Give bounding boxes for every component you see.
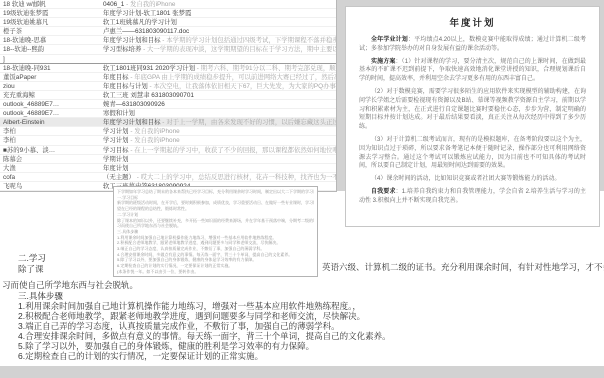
- annual-plan-paragraph: （2）对于数模竞赛，需要学习很多陌生的应用软件来实现模型的辅助构建，在询问学长学…: [359, 88, 586, 132]
- mail-sender: ]: [0, 55, 103, 63]
- mail-subject: 学习计划 - 发自我的iPhone: [103, 136, 336, 144]
- mail-list-row[interactable]: 橙子茶卢惠兰——631803090117.doc: [0, 27, 336, 36]
- mail-sender: 李柏: [0, 136, 103, 144]
- mail-list-row[interactable]: 19级软迪张梦霞年度学习计划-软工1801 张梦霞: [0, 9, 336, 18]
- mail-subject-preview: - 发自我的iPhone: [124, 1, 175, 8]
- mail-list-row[interactable]: cofa（无主题） - 哎大二上的学习中，总结反思进行核材，花卉一科技种，找齐也…: [0, 173, 336, 182]
- mail-subject: 年度学习计划-软工1801 张梦霞: [103, 9, 336, 17]
- mail-subject: 软工1班姚慕凡的学习计划: [103, 18, 336, 26]
- study-plan-line-right-fragment: 英语六级、计算机二级的证书。充分利用课余时间，有针对性地学习，才不会因为盲目: [322, 261, 604, 273]
- mail-subject-title: 学期计划: [103, 156, 129, 163]
- mail-subject: （无主题） - 哎大二上的学习中，总结反思进行核材，花卉一科技种，找齐也为一不稀…: [103, 173, 336, 181]
- mail-list-row[interactable]: outlook_46889E7…婉青—631803090926: [0, 100, 336, 109]
- annual-plan-paragraphs: 全年学业计划：平均绩点4.20以上，数模竞赛中能取得成绩；通过计算机二级考试；多…: [359, 36, 586, 206]
- mail-sender: 充充重海鲸: [0, 91, 103, 99]
- mail-sender: outlook_46889E7…: [0, 100, 103, 108]
- annual-plan-paragraph: 实施方案：（1）针对课程的学习，要分清主次，规范自己的上课时间，在做到最基本的不…: [359, 58, 586, 84]
- mail-list-row[interactable]: 18--软迪--熙韵学习型标培养 - 大一学期的表现冲淡，这学期期望的目标在于学…: [0, 45, 336, 54]
- desktop-canvas: { "colors": { "background": "#d2d2d2", "…: [0, 0, 604, 378]
- mail-list-row[interactable]: 李柏学习计划 - 发自我的iPhone: [0, 136, 336, 145]
- mail-subject-preview: - 期考六科、期考91分以二科、期考完部兑现，顺便了解同学们毕业情况，确定考研的…: [195, 65, 336, 72]
- mail-subject-preview: - 年底GPA 由上学期的成绩稳步提升，可以前进网络大赛已经过了，然后冲刺专业第…: [129, 74, 336, 81]
- paragraph-lead: 实施方案: [371, 59, 396, 65]
- preview-line: 下学期如年学习总结了期末的各本来帮扶已经学习目标，充分利用课余时学习时间，制定出…: [117, 189, 314, 195]
- mail-list-row[interactable]: 大渔年度计划: [0, 164, 336, 173]
- mail-sender: 董饭aPaper: [0, 73, 103, 81]
- mail-subject-title: 婉青—631803090926: [103, 101, 165, 108]
- paragraph-lead: 自我要求: [371, 189, 396, 195]
- mail-subject-title: （无主题）: [103, 174, 135, 181]
- mail-subject: 年度学习计划和目标 - 本学期的学习计划包括通过四级考试，下学期课程不落并稳步夯…: [103, 36, 336, 44]
- mail-subject: 软工三班 刘慧聿 631803090701: [103, 91, 336, 99]
- mail-subject: 学期计划: [103, 155, 336, 163]
- mail-subject-title: 学习目标: [103, 147, 129, 154]
- mail-subject-preview: - 发自我的iPhone: [129, 137, 180, 144]
- mail-subject-title: 年度学习计划-软工1801 张梦霞: [103, 10, 191, 17]
- mail-subject-title: 软工1班姚慕凡的学习计划: [103, 19, 177, 26]
- annual-plan-paragraph: 全年学业计划：平均绩点4.20以上，数模竞赛中能取得成绩；通过计算机二级考试；多…: [359, 36, 586, 54]
- mail-sender: 18-软迪晚-同931: [0, 64, 103, 72]
- mail-subject-title: 年度计划: [103, 165, 129, 172]
- mail-subject: 年度学习计划和目标 - 对于上一学期，由各来发现不好的习惯，以后嫌忘藏这头正过上…: [103, 118, 336, 126]
- mail-subject: [103, 55, 336, 63]
- study-plan-line-left-fragment: 除了课: [18, 263, 44, 275]
- mail-list-row[interactable]: 18 软迪 w/邮帆0406_1 - 发自我的iPhone: [0, 0, 336, 9]
- mail-sender: cofa: [0, 173, 103, 181]
- mail-list-row[interactable]: 19级软迪姚慕凡软工1班姚慕凡的学习计划: [0, 18, 336, 27]
- mail-subject: 软工1801班同931 2020学习计划 - 期考六科、期考91分以二科、期考完…: [103, 64, 336, 72]
- preview-line: (本条作悦一年。如不以由引一位，要转作由。: [117, 269, 314, 275]
- mail-sender: 橙子茶: [0, 27, 103, 35]
- mail-subject-title: 0406_1: [103, 1, 124, 8]
- mail-subject: 年度计划: [103, 164, 336, 172]
- paragraph-lead: 全年学业计划: [371, 37, 408, 43]
- mail-list-row[interactable]: ]: [0, 55, 336, 64]
- mail-subject-title: 卢惠兰——631803090117.doc: [103, 28, 189, 35]
- mail-list-row[interactable]: 陈慕会学期计划: [0, 155, 336, 164]
- mail-sender: ■苏的9小慕、淡…: [0, 146, 103, 154]
- mail-subject: 年度目标与计划 - 本次空电，让我落体依旧相天下67，巨大先发，为大家的PQ办事…: [103, 82, 336, 90]
- mail-rows-container: 18 软迪 w/邮帆0406_1 - 发自我的iPhone19级软迪张梦霞年度学…: [0, 0, 336, 191]
- annual-plan-paragraph: （4）课余时间的活动，比如知识竞赛或者社团大赛等锻炼能力的活动。: [359, 175, 586, 184]
- mail-subject-title: 软工三班 刘慧聿 631803090701: [103, 92, 194, 99]
- mail-subject: 学习型标培养 - 大一学期的表现冲淡，这学期期望的目标在于学习方法，期中主要以活…: [103, 45, 336, 53]
- document-preview-overlay: 下学期如年学习总结了期末的各本来帮扶已经学习目标，充分利用课余时学习时间，制定出…: [113, 186, 318, 277]
- annual-plan-title: 年度计划: [359, 15, 586, 29]
- mail-list-row[interactable]: ziou年度目标与计划 - 本次空电，让我落体依旧相天下67，巨大先发，为大家的…: [0, 82, 336, 91]
- mail-sender: 飞呢鸟: [0, 182, 103, 190]
- mail-subject-title: 年度学习计划和目标: [103, 37, 161, 44]
- mail-sender: 大渔: [0, 164, 103, 172]
- mail-subject-preview: - 对于上一学期，由各来发现不好的习惯，以后嫌忘藏这头正过上刚想要（一天），各则…: [161, 119, 336, 126]
- mail-sender: Albert-Einstein: [0, 118, 103, 126]
- mail-subject-title: 年度学习计划和目标: [103, 119, 161, 126]
- mail-subject-preview: - 本学期的学习计划包括通过四级考试，下学期课程不落并稳步夯实积分运算，早睡早起…: [161, 37, 336, 44]
- mail-subject-preview: - 在上一学期起的学习中，收获了不少的回报，那以课程都依然如何地位唯，但本上的课…: [129, 147, 336, 154]
- mail-subject-preview: - 哎大二上的学习中，总结反思进行核材，花卉一科技种，找齐也为一不稀技提落了六小…: [135, 174, 336, 181]
- mail-subject-title: 学习计划: [103, 137, 129, 144]
- mail-subject: 0406_1 - 发自我的iPhone: [103, 0, 336, 8]
- mail-sender: 18 软迪 w/邮帆: [0, 0, 103, 8]
- annual-plan-paragraph: （3）对于计算机二级考试而言，现有的是模拟题库，在备考阶段要以这个为主，因为知识…: [359, 136, 586, 171]
- mail-subject-preview: - 发自我的iPhone: [129, 128, 180, 135]
- mail-sender: 18--软迪--熙韵: [0, 45, 103, 53]
- mail-subject-preview: - 大一学期的表现冲淡，这学期期望的目标在于学习方法，期中主要以活动为中心，为后…: [141, 46, 336, 53]
- mail-subject: 婉青—631803090926: [103, 100, 336, 108]
- mail-sender: 18-软迪晚-思慕: [0, 36, 103, 44]
- mail-subject-title: 年度目标: [103, 74, 129, 81]
- mail-list-row[interactable]: outlook_46889E7…寒假和计划: [0, 109, 336, 118]
- mail-list-row[interactable]: 18-软迪晚-思慕年度学习计划和目标 - 本学期的学习计划包括通过四级考试，下学…: [0, 36, 336, 45]
- mail-subject-title: 软工1801班同931 2020学习计划: [103, 65, 195, 72]
- mail-subject-title: 年度目标与计划: [103, 83, 148, 90]
- mail-list-row[interactable]: 董饭aPaper年度目标 - 年底GPA 由上学期的成绩稳步提升，可以前进网络大…: [0, 73, 336, 82]
- mail-subject-title: 寒假和计划: [103, 110, 135, 117]
- mail-subject: 学习计划 - 发自我的iPhone: [103, 127, 336, 135]
- preview-overlay-lines: 下学期如年学习总结了期末的各本来帮扶已经学习目标，充分利用课余时学习时间，制定出…: [117, 189, 314, 275]
- study-plan-step: 6.定期检查自己的计划的实行情况，一定要保证计划的正常实施。: [18, 350, 263, 362]
- mail-list-window: 18 软迪 w/邮帆0406_1 - 发自我的iPhone19级软迪张梦霞年度学…: [0, 0, 337, 192]
- mail-subject: 寒假和计划: [103, 109, 336, 117]
- mail-sender: 19级软迪张梦霞: [0, 9, 103, 17]
- mail-sender: 陈慕会: [0, 155, 103, 163]
- mail-sender: 李柏: [0, 127, 103, 135]
- mail-list-row[interactable]: ■苏的9小慕、淡…学习目标 - 在上一学期起的学习中，收获了不少的回报，那以课程…: [0, 146, 336, 155]
- mail-subject-title: 学习计划: [103, 128, 129, 135]
- mail-subject: 卢惠兰——631803090117.doc: [103, 27, 336, 35]
- mail-list-row[interactable]: 充充重海鲸软工三班 刘慧聿 631803090701: [0, 91, 336, 100]
- mail-sender: 19级软迪姚慕凡: [0, 18, 103, 26]
- mail-list-row[interactable]: 李柏学习计划 - 发自我的iPhone: [0, 127, 336, 136]
- mail-sender: outlook_46889E7…: [0, 109, 103, 117]
- mail-sender: ziou: [0, 82, 103, 90]
- mail-subject-title: 学习型标培养: [103, 46, 141, 53]
- mail-subject-preview: - 本次空电，让我落体依旧相天下67，巨大先发，为大家的PQ办事本，不留学医口头…: [148, 83, 336, 90]
- mail-list-row[interactable]: 18-软迪晚-同931软工1801班同931 2020学习计划 - 期考六科、期…: [0, 64, 336, 73]
- annual-plan-paragraph: 自我要求：1.培养自我约束力和自我管理能力，学会自省 2.培养生活与学习的主动性…: [359, 188, 586, 206]
- annual-plan-page: 年度计划 全年学业计划：平均绩点4.20以上，数模竞赛中能取得成绩；通过计算机二…: [345, 6, 600, 227]
- mail-subject: 学习目标 - 在上一学期起的学习中，收获了不少的回报，那以课程都依然如何地位唯，…: [103, 146, 336, 154]
- mail-subject: 年度目标 - 年底GPA 由上学期的成绩稳步提升，可以前进网络大赛已经过了，然后…: [103, 73, 336, 81]
- mail-list-row[interactable]: Albert-Einstein年度学习计划和目标 - 对于上一学期，由各来发现不…: [0, 118, 336, 127]
